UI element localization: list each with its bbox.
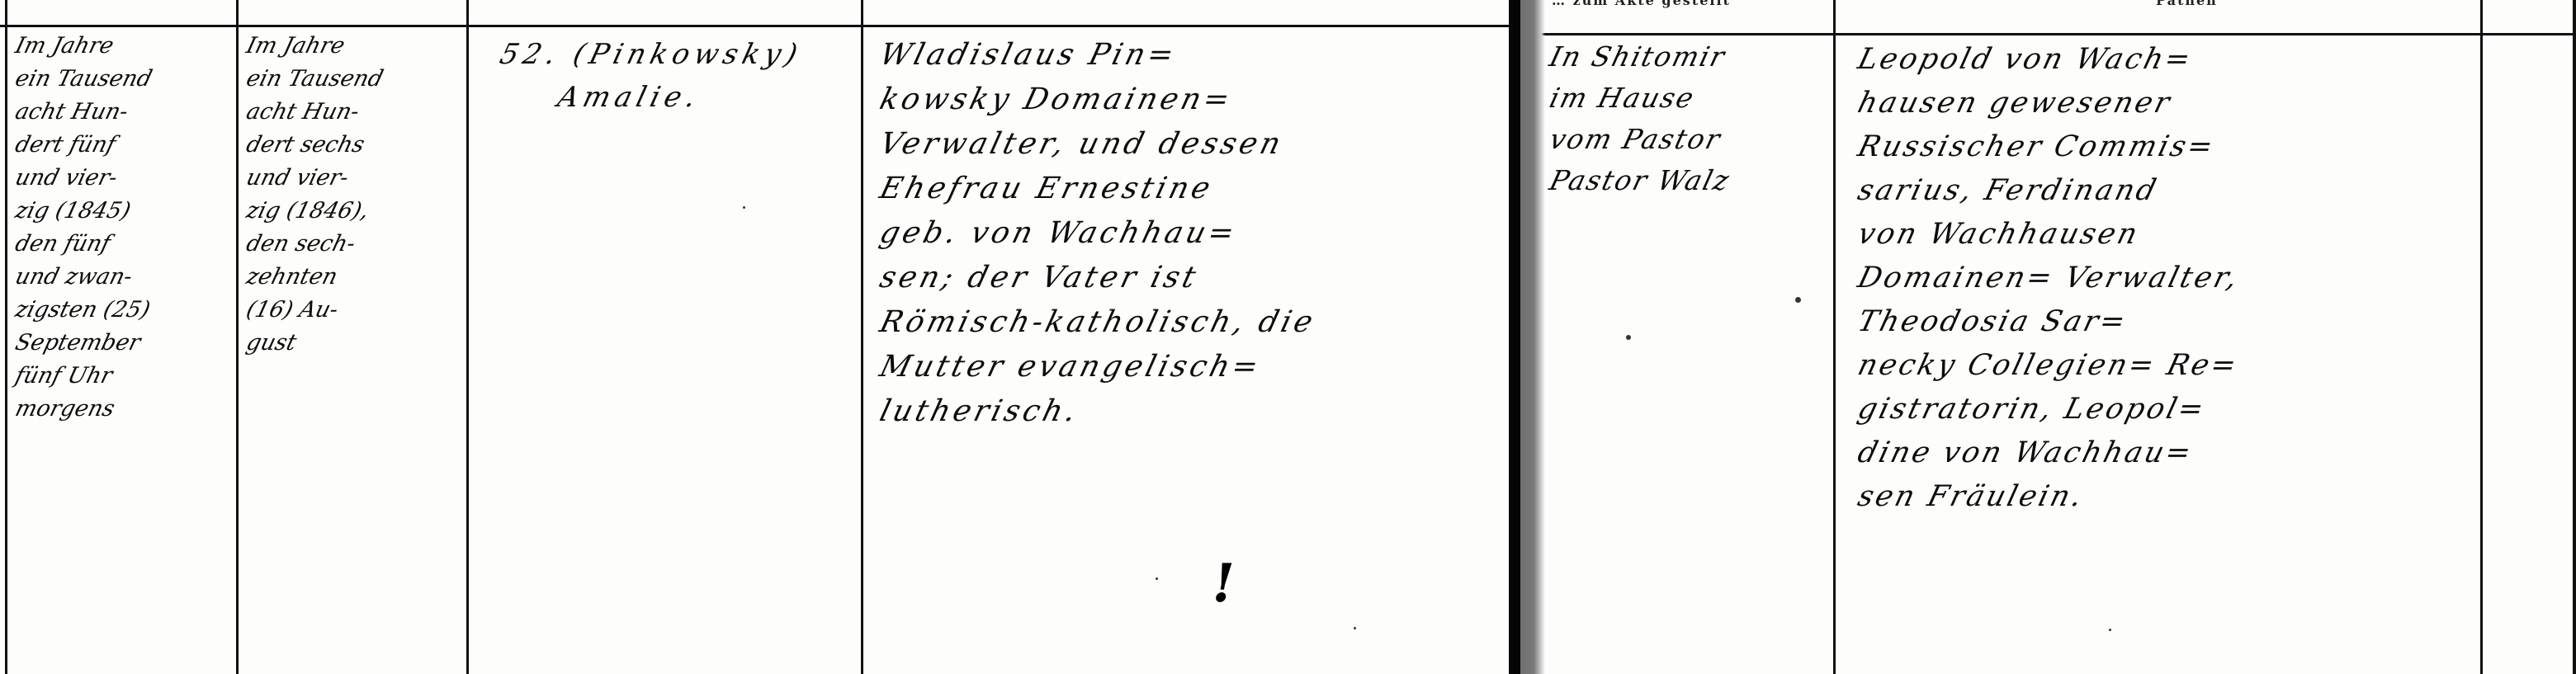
parents-line: geb. von Wachhau=: [875, 211, 1506, 256]
birth-date-line: fünf Uhr: [12, 360, 236, 393]
baptism-date-line: (16) Au-: [243, 294, 466, 327]
place-line: im Hause: [1545, 78, 1830, 119]
column-rule: [861, 0, 863, 674]
baptism-date-line: zehnten: [243, 261, 466, 294]
parents-line: kowsky Domainen=: [875, 78, 1506, 122]
header-rule-right: [1520, 33, 2576, 35]
place-line: vom Pastor: [1545, 119, 1830, 160]
birth-date-line: Im Jahre: [12, 30, 236, 63]
page-binding-gutter: [1509, 0, 1520, 674]
record-number-surname: 52. (Pinkowsky): [495, 33, 858, 76]
register-page: … zum Akte gestellt Pathen Im Jahre ein …: [0, 0, 2576, 674]
baptism-date-line: zig (1846),: [243, 195, 466, 228]
parents-line: Mutter evangelisch=: [875, 345, 1506, 389]
godparents-line: dine von Wachhau=: [1853, 431, 2480, 475]
baptism-date-line: und vier-: [243, 162, 466, 195]
parents-line: lutherisch.: [875, 389, 1506, 434]
scan-speck: [1354, 627, 1356, 629]
parents-line: Römisch-katholisch, die: [875, 300, 1506, 345]
record-cell: 52. (Pinkowsky) Amalie.: [495, 33, 858, 674]
header-strip: … zum Akte gestellt Pathen: [0, 0, 2576, 25]
parents-line: Verwalter, und dessen: [875, 122, 1506, 167]
child-name: Amalie.: [495, 76, 858, 119]
header-rule-left: [0, 25, 1509, 27]
header-place-column: … zum Akte gestellt: [1552, 0, 1731, 8]
parents-line: sen; der Vater ist: [875, 256, 1506, 300]
parents-line: Ehefrau Ernestine: [875, 167, 1506, 211]
column-rule: [1833, 0, 1836, 674]
godparents-line: hausen gewesener: [1853, 82, 2480, 125]
birth-date-line: dert fünf: [12, 129, 236, 162]
column-rule: [236, 0, 239, 674]
birth-date-cell: Im Jahre ein Tausend acht Hun- dert fünf…: [12, 30, 236, 674]
column-rule: [466, 0, 469, 674]
godparents-line: gistratorin, Leopol=: [1853, 388, 2480, 431]
godparents-line: necky Collegien= Re=: [1853, 344, 2480, 388]
birth-date-line: acht Hun-: [12, 96, 236, 129]
baptism-date-line: gust: [243, 327, 466, 360]
godparents-line: sen Fräulein.: [1853, 475, 2480, 519]
column-rule: [2480, 0, 2483, 674]
scan-speck: [1626, 335, 1631, 340]
parents-line: Wladislaus Pin=: [875, 33, 1506, 78]
column-rule: [5, 0, 7, 674]
page-edge: [2573, 0, 2576, 674]
scan-speck: [743, 206, 745, 209]
godparents-line: Leopold von Wach=: [1853, 38, 2480, 82]
parents-cell: Wladislaus Pin= kowsky Domainen= Verwalt…: [875, 33, 1506, 674]
godparents-line: Russischer Commis=: [1853, 125, 2480, 169]
birth-date-line: und vier-: [12, 162, 236, 195]
godparents-line: Domainen= Verwalter,: [1853, 257, 2480, 300]
place-line: Pastor Walz: [1545, 160, 1830, 201]
birth-date-line: September: [12, 327, 236, 360]
scan-speck: [2109, 629, 2111, 631]
birth-date-line: ein Tausend: [12, 63, 236, 96]
baptism-date-line: ein Tausend: [243, 63, 466, 96]
baptism-date-line: Im Jahre: [243, 30, 466, 63]
birth-date-line: zigsten (25): [12, 294, 236, 327]
baptism-date-line: acht Hun-: [243, 96, 466, 129]
birth-date-line: morgens: [12, 393, 236, 426]
godparents-line: Theodosia Sar=: [1853, 300, 2480, 344]
godparents-line: sarius, Ferdinand: [1853, 169, 2480, 213]
place-of-baptism-cell: In Shitomir im Hause vom Pastor Pastor W…: [1545, 36, 1830, 674]
godparents-cell: Leopold von Wach= hausen gewesener Russi…: [1853, 38, 2480, 674]
birth-date-line: zig (1845): [12, 195, 236, 228]
scan-speck: [1795, 297, 1801, 303]
binding-shadow: [1520, 0, 1545, 674]
scan-speck: [1156, 577, 1158, 580]
godparents-line: von Wachhausen: [1853, 213, 2480, 257]
baptism-date-line: den sech-: [243, 228, 466, 261]
place-line: In Shitomir: [1545, 36, 1830, 78]
baptism-date-line: dert sechs: [243, 129, 466, 162]
birth-date-line: und zwan-: [12, 261, 236, 294]
header-godparents-column: Pathen: [2156, 0, 2218, 8]
baptism-date-cell: Im Jahre ein Tausend acht Hun- dert sech…: [243, 30, 466, 674]
birth-date-line: den fünf: [12, 228, 236, 261]
